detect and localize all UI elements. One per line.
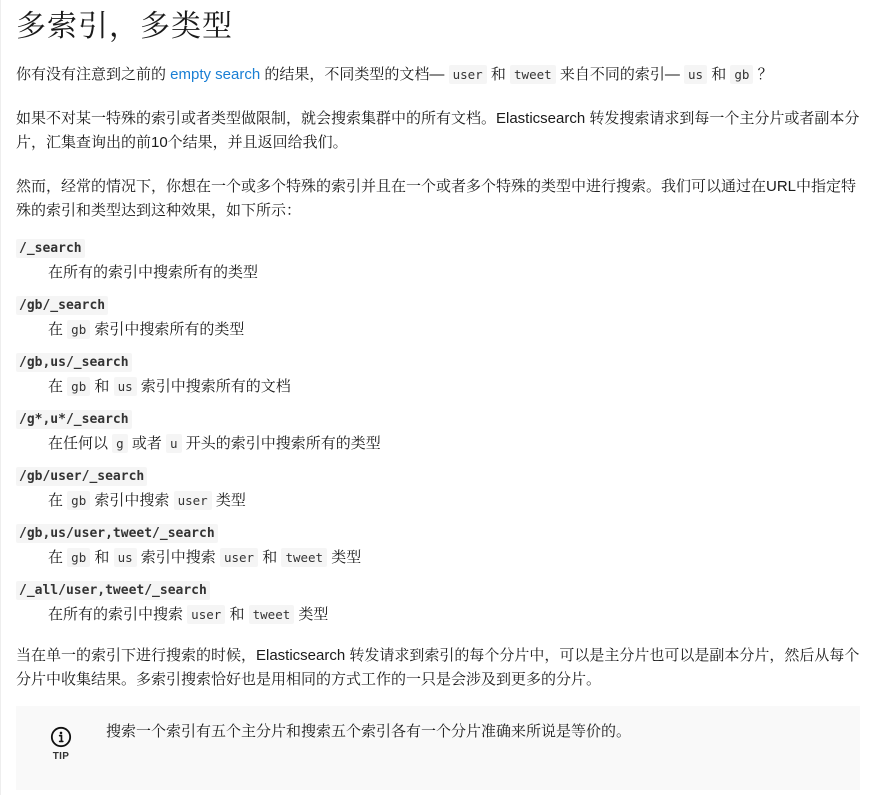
tip-icon-column: TIP — [16, 720, 106, 762]
inline-code: gb — [67, 548, 90, 567]
url-path-code: /gb/user/_search — [16, 467, 147, 486]
inline-code: gb — [67, 491, 90, 510]
text: 和 — [225, 606, 248, 623]
url-path-code: /_all/user,tweet/_search — [16, 581, 210, 600]
inline-code: g — [112, 434, 128, 453]
text: 和 — [487, 66, 510, 83]
definition-term: /_search — [16, 237, 860, 259]
text: 类型 — [294, 606, 328, 623]
text: 在 — [48, 378, 67, 395]
inline-code: user — [187, 605, 225, 624]
text: ？ — [753, 66, 772, 83]
inline-code: gb — [67, 377, 90, 396]
text: 在 — [48, 492, 67, 509]
text: 在所有的索引中搜索 — [48, 606, 187, 623]
text: 和 — [258, 549, 281, 566]
text: 索引中搜索所有的类型 — [90, 321, 244, 338]
url-path-code: /_search — [16, 239, 85, 258]
definition-description: 在 gb 和 us 索引中搜索 user 和 tweet 类型 — [48, 544, 860, 572]
url-path-code: /gb,us/_search — [16, 353, 132, 372]
definition-description: 在所有的索引中搜索所有的类型 — [48, 259, 860, 287]
definition-description: 在任何以 g 或者 u 开头的索引中搜索所有的类型 — [48, 430, 860, 458]
text: 索引中搜索所有的文档 — [137, 378, 291, 395]
tip-callout: TIP 搜索一个索引有五个主分片和搜索五个索引各有一个分片准确来所说是等价的。 — [16, 706, 860, 790]
definition-term: /gb/user/_search — [16, 465, 860, 487]
intro-paragraph: 你有没有注意到之前的 empty search 的结果，不同类型的文档— use… — [16, 63, 860, 87]
text: 开头的索引中搜索所有的类型 — [182, 435, 381, 452]
text: 索引中搜索 — [137, 549, 220, 566]
text: 来自不同的索引— — [556, 66, 684, 83]
inline-code: tweet — [249, 605, 295, 624]
inline-code: us — [114, 377, 137, 396]
definition-term: /gb,us/_search — [16, 351, 860, 373]
url-path-code: /gb,us/user,tweet/_search — [16, 524, 218, 543]
inline-code: u — [166, 434, 182, 453]
definition-description: 在 gb 索引中搜索 user 类型 — [48, 487, 860, 515]
info-circle-icon — [50, 726, 72, 748]
inline-code: gb — [67, 320, 90, 339]
inline-code: user — [174, 491, 212, 510]
inline-code: us — [684, 65, 707, 84]
tip-label: TIP — [53, 751, 69, 762]
paragraph-no-limit: 如果不对某一特殊的索引或者类型做限制，就会搜索集群中的所有文档。Elastics… — [16, 107, 860, 155]
text: 或者 — [128, 435, 166, 452]
url-definition-list: /_search在所有的索引中搜索所有的类型/gb/_search在 gb 索引… — [16, 237, 860, 629]
inline-code: user — [220, 548, 258, 567]
definition-term: /gb/_search — [16, 294, 860, 316]
document-page: 多索引，多类型 你有没有注意到之前的 empty search 的结果，不同类型… — [1, 0, 882, 790]
text: 在任何以 — [48, 435, 112, 452]
url-path-code: /g*,u*/_search — [16, 410, 132, 429]
text: 你有没有注意到之前的 — [16, 66, 170, 83]
url-path-code: /gb/_search — [16, 296, 108, 315]
definition-description: 在 gb 和 us 索引中搜索所有的文档 — [48, 373, 860, 401]
paragraph-specific-index: 然而，经常的情况下，你想在一个或多个特殊的索引并且在一个或者多个特殊的类型中进行… — [16, 175, 860, 223]
inline-code: tweet — [281, 548, 327, 567]
text: 在所有的索引中搜索所有的类型 — [48, 264, 258, 281]
text: 在 — [48, 321, 67, 338]
inline-code: user — [449, 65, 487, 84]
definition-description: 在 gb 索引中搜索所有的类型 — [48, 316, 860, 344]
paragraph-single-index: 当在单一的索引下进行搜索的时候，Elasticsearch 转发请求到索引的每个… — [16, 644, 860, 692]
tip-text: 搜索一个索引有五个主分片和搜索五个索引各有一个分片准确来所说是等价的。 — [106, 720, 631, 744]
inline-code: tweet — [510, 65, 556, 84]
definition-term: /gb,us/user,tweet/_search — [16, 522, 860, 544]
text: 类型 — [212, 492, 246, 509]
definition-term: /_all/user,tweet/_search — [16, 579, 860, 601]
text: 和 — [90, 549, 113, 566]
text: 的结果，不同类型的文档— — [260, 66, 448, 83]
page-title: 多索引，多类型 — [16, 0, 860, 53]
text: 索引中搜索 — [90, 492, 173, 509]
empty-search-link[interactable]: empty search — [170, 66, 260, 83]
inline-code: gb — [730, 65, 753, 84]
text: 和 — [707, 66, 730, 83]
text: 类型 — [327, 549, 361, 566]
definition-description: 在所有的索引中搜索 user 和 tweet 类型 — [48, 601, 860, 629]
definition-term: /g*,u*/_search — [16, 408, 860, 430]
text: 和 — [90, 378, 113, 395]
inline-code: us — [114, 548, 137, 567]
text: 在 — [48, 549, 67, 566]
